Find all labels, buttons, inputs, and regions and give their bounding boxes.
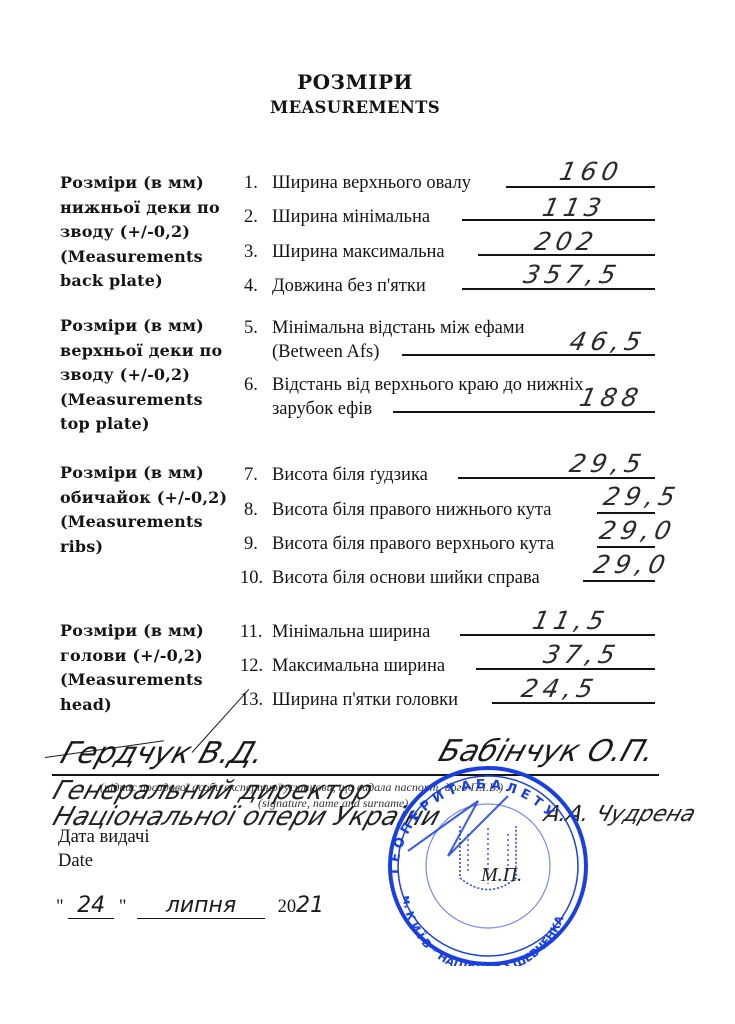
document-page: РОЗМІРИ MEASUREMENTS Розміри (в мм) нижн… bbox=[0, 0, 735, 1024]
row-label: Відстань від верхнього краю до нижніх bbox=[272, 375, 583, 395]
measurement-row: 12.Максимальна ширина bbox=[240, 654, 445, 678]
date-day-value: 24 bbox=[77, 893, 105, 918]
date-year-suffix: 21 bbox=[296, 893, 324, 918]
signature-1: Гердчук В.Д. bbox=[56, 736, 269, 771]
handwritten-value: 46,5 bbox=[567, 327, 649, 356]
row-label-continued: зарубок ефів bbox=[244, 397, 583, 421]
handwritten-value: 29,0 bbox=[597, 516, 679, 545]
row-number: 5. bbox=[244, 316, 272, 340]
row-label: Мінімальна ширина bbox=[272, 622, 430, 642]
page-title: РОЗМІРИ bbox=[0, 70, 710, 94]
handwritten-value: 357,5 bbox=[521, 260, 624, 289]
quote-open: " bbox=[56, 897, 64, 917]
date-label-ua: Дата видачі bbox=[58, 827, 149, 848]
handwritten-value: 160 bbox=[557, 157, 626, 186]
date-month-value: липня bbox=[166, 893, 236, 918]
row-number: 2. bbox=[244, 205, 272, 229]
row-number: 12. bbox=[240, 654, 272, 678]
measurement-row: 2.Ширина мінімальна bbox=[244, 205, 430, 229]
handwritten-value: 29,5 bbox=[567, 449, 649, 478]
measurement-row: 13.Ширина п'ятки головки bbox=[240, 688, 458, 712]
measurement-row: 5.Мінімальна відстань між ефами (Between… bbox=[244, 316, 524, 364]
handwritten-value: 188 bbox=[577, 383, 646, 412]
handwritten-value: 24,5 bbox=[519, 674, 601, 703]
measurement-row: 11.Мінімальна ширина bbox=[240, 620, 430, 644]
handwritten-value: 113 bbox=[540, 193, 609, 222]
page-subtitle: MEASUREMENTS bbox=[0, 98, 710, 117]
handwritten-value: 202 bbox=[532, 227, 601, 256]
row-label: Висота біля основи шийки справа bbox=[272, 568, 540, 588]
row-number: 1. bbox=[244, 171, 272, 195]
row-label: Висота біля ґудзика bbox=[272, 465, 428, 485]
measurement-row: 6.Відстань від верхнього краю до нижніх … bbox=[244, 373, 583, 421]
handwritten-value: 37,5 bbox=[541, 640, 623, 669]
measurement-row: 10.Висота біля основи шийки справа bbox=[240, 566, 540, 590]
date-day: 24 bbox=[68, 893, 114, 919]
row-number: 9. bbox=[244, 532, 272, 556]
row-label: Висота біля правого нижнього кута bbox=[272, 500, 551, 520]
section-label-top-plate: Розміри (в мм) верхньої деки по зводу (+… bbox=[60, 314, 245, 437]
row-label: Мінімальна відстань між ефами bbox=[272, 318, 524, 338]
handwritten-value: 29,0 bbox=[591, 550, 673, 579]
fill-line bbox=[597, 546, 655, 548]
row-label-continued: (Between Afs) bbox=[244, 340, 524, 364]
row-label: Ширина п'ятки головки bbox=[272, 690, 458, 710]
measurement-row: 7.Висота біля ґудзика bbox=[244, 463, 428, 487]
row-number: 4. bbox=[244, 274, 272, 298]
row-number: 3. bbox=[244, 240, 272, 264]
row-number: 6. bbox=[244, 373, 272, 397]
quote-close: " bbox=[119, 897, 127, 917]
section-label-head: Розміри (в мм) голови (+/-0,2) (Measurem… bbox=[60, 619, 245, 717]
measurement-row: 9.Висота біля правого верхнього кута bbox=[244, 532, 554, 556]
handwritten-value: 29,5 bbox=[601, 482, 683, 511]
fill-line bbox=[583, 580, 655, 582]
measurement-row: 8.Висота біля правого нижнього кута bbox=[244, 498, 551, 522]
measurement-row: 4.Довжина без п'ятки bbox=[244, 274, 426, 298]
row-label: Висота біля правого верхнього кута bbox=[272, 534, 554, 554]
row-label: Довжина без п'ятки bbox=[272, 276, 426, 296]
row-number: 11. bbox=[240, 620, 272, 644]
date-year-prefix: 20 bbox=[278, 897, 297, 917]
section-label-back-plate: Розміри (в мм) нижньої деки по зводу (+/… bbox=[60, 171, 245, 294]
row-number: 10. bbox=[240, 566, 272, 590]
measurement-row: 3.Ширина максимальна bbox=[244, 240, 445, 264]
section-label-ribs: Розміри (в мм) обичайок (+/-0,2) (Measur… bbox=[60, 461, 245, 559]
row-number: 7. bbox=[244, 463, 272, 487]
row-label: Ширина верхнього овалу bbox=[272, 173, 471, 193]
row-label: Ширина максимальна bbox=[272, 242, 445, 262]
date-month: липня bbox=[137, 893, 265, 919]
stamp-placeholder-label: М.П. bbox=[481, 864, 522, 887]
row-label: Максимальна ширина bbox=[272, 656, 445, 676]
date-label-en: Date bbox=[58, 851, 93, 872]
fill-line bbox=[597, 512, 655, 514]
official-stamp: Т Е О П Е Р И Т А Б А Л Е Т У м. К И Ї В… bbox=[368, 756, 600, 966]
fill-line bbox=[506, 186, 655, 188]
svg-text:Т Е О П Е Р И Т А Б А Л Е Т У: Т Е О П Е Р И Т А Б А Л Е Т У bbox=[387, 777, 557, 876]
row-number: 8. bbox=[244, 498, 272, 522]
measurement-row: 1.Ширина верхнього овалу bbox=[244, 171, 471, 195]
date-field: " 24 " липня 2021 bbox=[56, 893, 324, 919]
row-label: Ширина мінімальна bbox=[272, 207, 430, 227]
handwritten-value: 11,5 bbox=[530, 606, 612, 635]
stamp-text-top: Т Е О П Е Р И Т А Б А Л Е Т У bbox=[387, 777, 557, 876]
